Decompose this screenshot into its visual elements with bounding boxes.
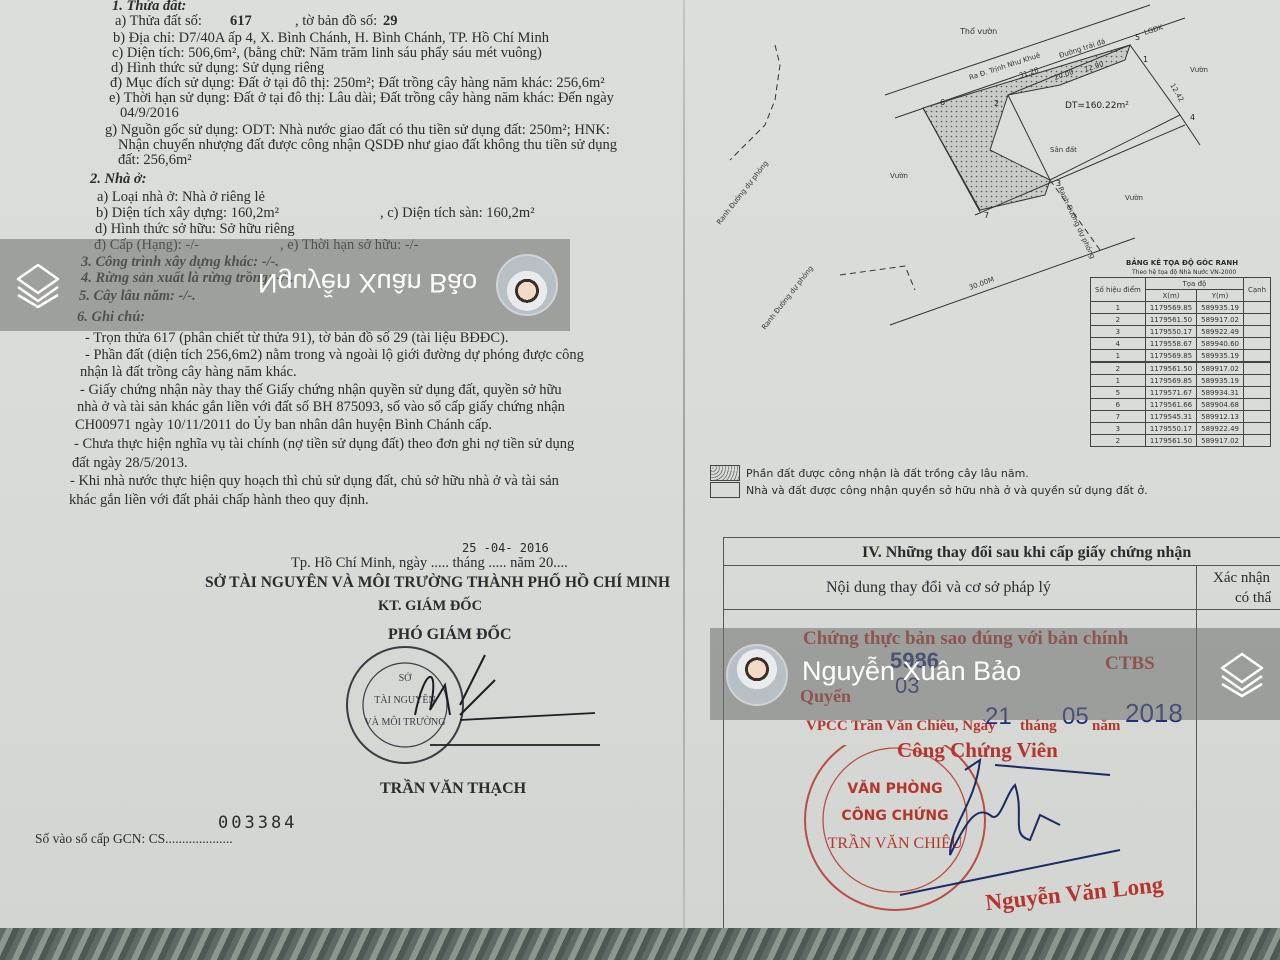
signer-name: TRẦN VĂN THẠCH: [380, 780, 526, 797]
coord-row: 11179569.85589935.19: [1091, 350, 1271, 363]
legend-dotted-swatch: [710, 465, 740, 481]
issuing-agency: SỞ TÀI NGUYÊN VÀ MÔI TRƯỜNG THÀNH PHỐ HỒ…: [205, 574, 670, 591]
floor-area: , c) Diện tích sàn: 160,2m²: [380, 205, 535, 222]
note-line: - Khi nhà nước thực hiện quy hoạch thì c…: [70, 473, 559, 490]
watermark-name: Nguyễn Xuân Bảo: [802, 656, 1021, 687]
house-type: a) Loại nhà ở: Nhà ở riêng lẻ: [97, 189, 265, 206]
svg-text:Sân đất: Sân đất: [1050, 146, 1077, 154]
note-line: CH00971 ngày 10/11/2011 do Ủy ban nhân d…: [75, 417, 492, 434]
deputy-director: PHÓ GIÁM ĐỐC: [388, 626, 512, 643]
svg-text:Ranh Đường dự phóng: Ranh Đường dự phóng: [760, 264, 815, 331]
coord-table: Số hiệu điểm Tọa độ Cạnh X(m)Y(m) 111795…: [1090, 277, 1271, 447]
svg-text:3: 3: [1056, 179, 1061, 188]
legend-dotted-text: Phần đất được công nhận là đất trồng cây…: [746, 465, 1029, 482]
svg-text:TRẦN VĂN CHIÊU: TRẦN VĂN CHIÊU: [828, 833, 963, 852]
note-line: - Trọn thửa 617 (phân chiết từ thửa 91),…: [85, 330, 509, 347]
note-line: khác gắn liền với đất phải chấp hành the…: [69, 492, 369, 509]
notary-year-label: năm: [1092, 718, 1120, 735]
usage-term-date: 04/9/2016: [120, 105, 179, 122]
changes-title: IV. Những thay đổi sau khi cấp giấy chứn…: [862, 544, 1191, 561]
changes-col2-line1: Xác nhận: [1213, 570, 1270, 587]
register-label: Số vào sổ cấp GCN: CS...................…: [35, 830, 233, 847]
svg-text:Thổ vườn: Thổ vườn: [959, 26, 997, 36]
svg-text:2: 2: [994, 99, 999, 108]
kt-director: KT. GIÁM ĐỐC: [378, 598, 482, 615]
brand-logo-icon: [1218, 650, 1266, 698]
place-date: Tp. Hồ Chí Minh, ngày ..... tháng ..... …: [291, 555, 568, 572]
coord-row: 21179561.50589917.02: [1091, 314, 1271, 326]
official-seal-and-signature: SỞ TÀI NGUYÊN VÀ MÔI TRƯỜNG: [330, 645, 610, 785]
note-line: đất ngày 28/5/2013.: [72, 455, 188, 472]
coord-row: 31179550.17589922.49: [1091, 326, 1271, 338]
map-sheet-label: , tờ bản đồ số:: [295, 13, 377, 30]
svg-text:Vườn: Vườn: [1190, 66, 1208, 74]
svg-text:5: 5: [1135, 33, 1140, 42]
coord-row: 71179545.31589912.13: [1091, 411, 1271, 423]
notary-office-date-label: VPCC Trần Văn Chiêu, Ngày: [806, 718, 996, 735]
changes-col2-line2: có thẩ: [1235, 590, 1271, 607]
svg-text:VĂN PHÒNG: VĂN PHÒNG: [847, 779, 942, 797]
svg-text:SỞ: SỞ: [399, 672, 413, 684]
origin-line3: đất: 256,6m²: [118, 152, 192, 169]
ownership-form: d) Hình thức sở hữu: Sở hữu riêng: [95, 221, 295, 238]
legend-plain-swatch: [710, 482, 740, 498]
note-line: nhận là đất trồng cây hàng năm khác.: [80, 364, 297, 381]
land-certificate-page: 1. Thửa đất: a) Thửa đất số: 617 , tờ bả…: [0, 0, 1280, 930]
svg-text:DT=160.22m²: DT=160.22m²: [1065, 101, 1129, 111]
note-line: - Giấy chứng nhận này thay thế Giấy chứn…: [80, 382, 562, 399]
notary-month-label: tháng: [1020, 718, 1057, 735]
svg-text:LGĐK: LGĐK: [1143, 23, 1164, 37]
svg-text:7: 7: [984, 211, 989, 220]
svg-text:6: 6: [940, 98, 945, 107]
svg-text:4: 4: [1190, 113, 1195, 122]
svg-text:Vườn: Vườn: [1125, 194, 1143, 202]
watermark-banner-left: Nguyễn Xuân Bảo: [0, 239, 570, 331]
avatar: [496, 254, 558, 316]
svg-text:VÀ MÔI TRƯỜNG: VÀ MÔI TRƯỜNG: [365, 716, 446, 728]
coord-row: 31179550.17589922.49: [1091, 423, 1271, 435]
coord-row: 21179561.50589917.02: [1091, 362, 1271, 375]
background-fabric: [0, 928, 1280, 960]
legend-plain-text: Nhà và đất được công nhận quyền sở hữu n…: [746, 482, 1148, 499]
svg-text:CÔNG CHỨNG: CÔNG CHỨNG: [841, 806, 948, 824]
svg-text:Ranh Đường dự phóng: Ranh Đường dự phóng: [715, 159, 770, 226]
coord-row: 41179558.67589940.60: [1091, 338, 1271, 350]
coord-row: 11179569.85589935.19: [1091, 302, 1271, 314]
note-line: - Phần đất (diện tích 256,6m2) nằm trong…: [85, 347, 584, 364]
origin-line2: Nhận chuyển nhượng đất được công nhận QS…: [118, 137, 617, 154]
usage-term: e) Thời hạn sử dụng: Đất ở tại đô thị: L…: [109, 90, 614, 107]
svg-text:Ranh Đường dự phóng: Ranh Đường dự phóng: [1056, 185, 1096, 260]
coord-row: 21179561.50589917.02: [1091, 435, 1271, 447]
svg-text:TÀI NGUYÊN: TÀI NGUYÊN: [374, 694, 435, 706]
parcel-number: 617: [230, 13, 252, 30]
note-line: nhà ở và tài sản khác gắn liền với đất s…: [77, 399, 565, 416]
coord-row: 11179569.85589935.19: [1091, 375, 1271, 387]
watermark-name: Nguyễn Xuân Bảo: [258, 267, 477, 298]
avatar: [726, 644, 788, 706]
note-line: - Chưa thực hiện nghĩa vụ tài chính (nợ …: [74, 436, 574, 453]
svg-text:1: 1: [1143, 55, 1148, 64]
watermark-banner-right: Nguyễn Xuân Bảo: [710, 628, 1280, 720]
parcel-label: a) Thửa đất số:: [115, 13, 202, 30]
coord-row: 51179571.67589934.31: [1091, 387, 1271, 399]
paper-fold: [683, 0, 685, 930]
changes-col1: Nội dung thay đổi và cơ sở pháp lý: [826, 579, 1051, 596]
section2-title: 2. Nhà ở:: [90, 171, 147, 188]
svg-text:Vườn: Vườn: [890, 172, 908, 180]
building-area: b) Diện tích xây dựng: 160,2m²: [96, 205, 279, 222]
brand-logo-icon: [14, 261, 62, 309]
svg-text:12.42: 12.42: [1168, 82, 1185, 103]
map-sheet-number: 29: [383, 13, 398, 30]
coord-row: 61179561.66589904.68: [1091, 399, 1271, 411]
